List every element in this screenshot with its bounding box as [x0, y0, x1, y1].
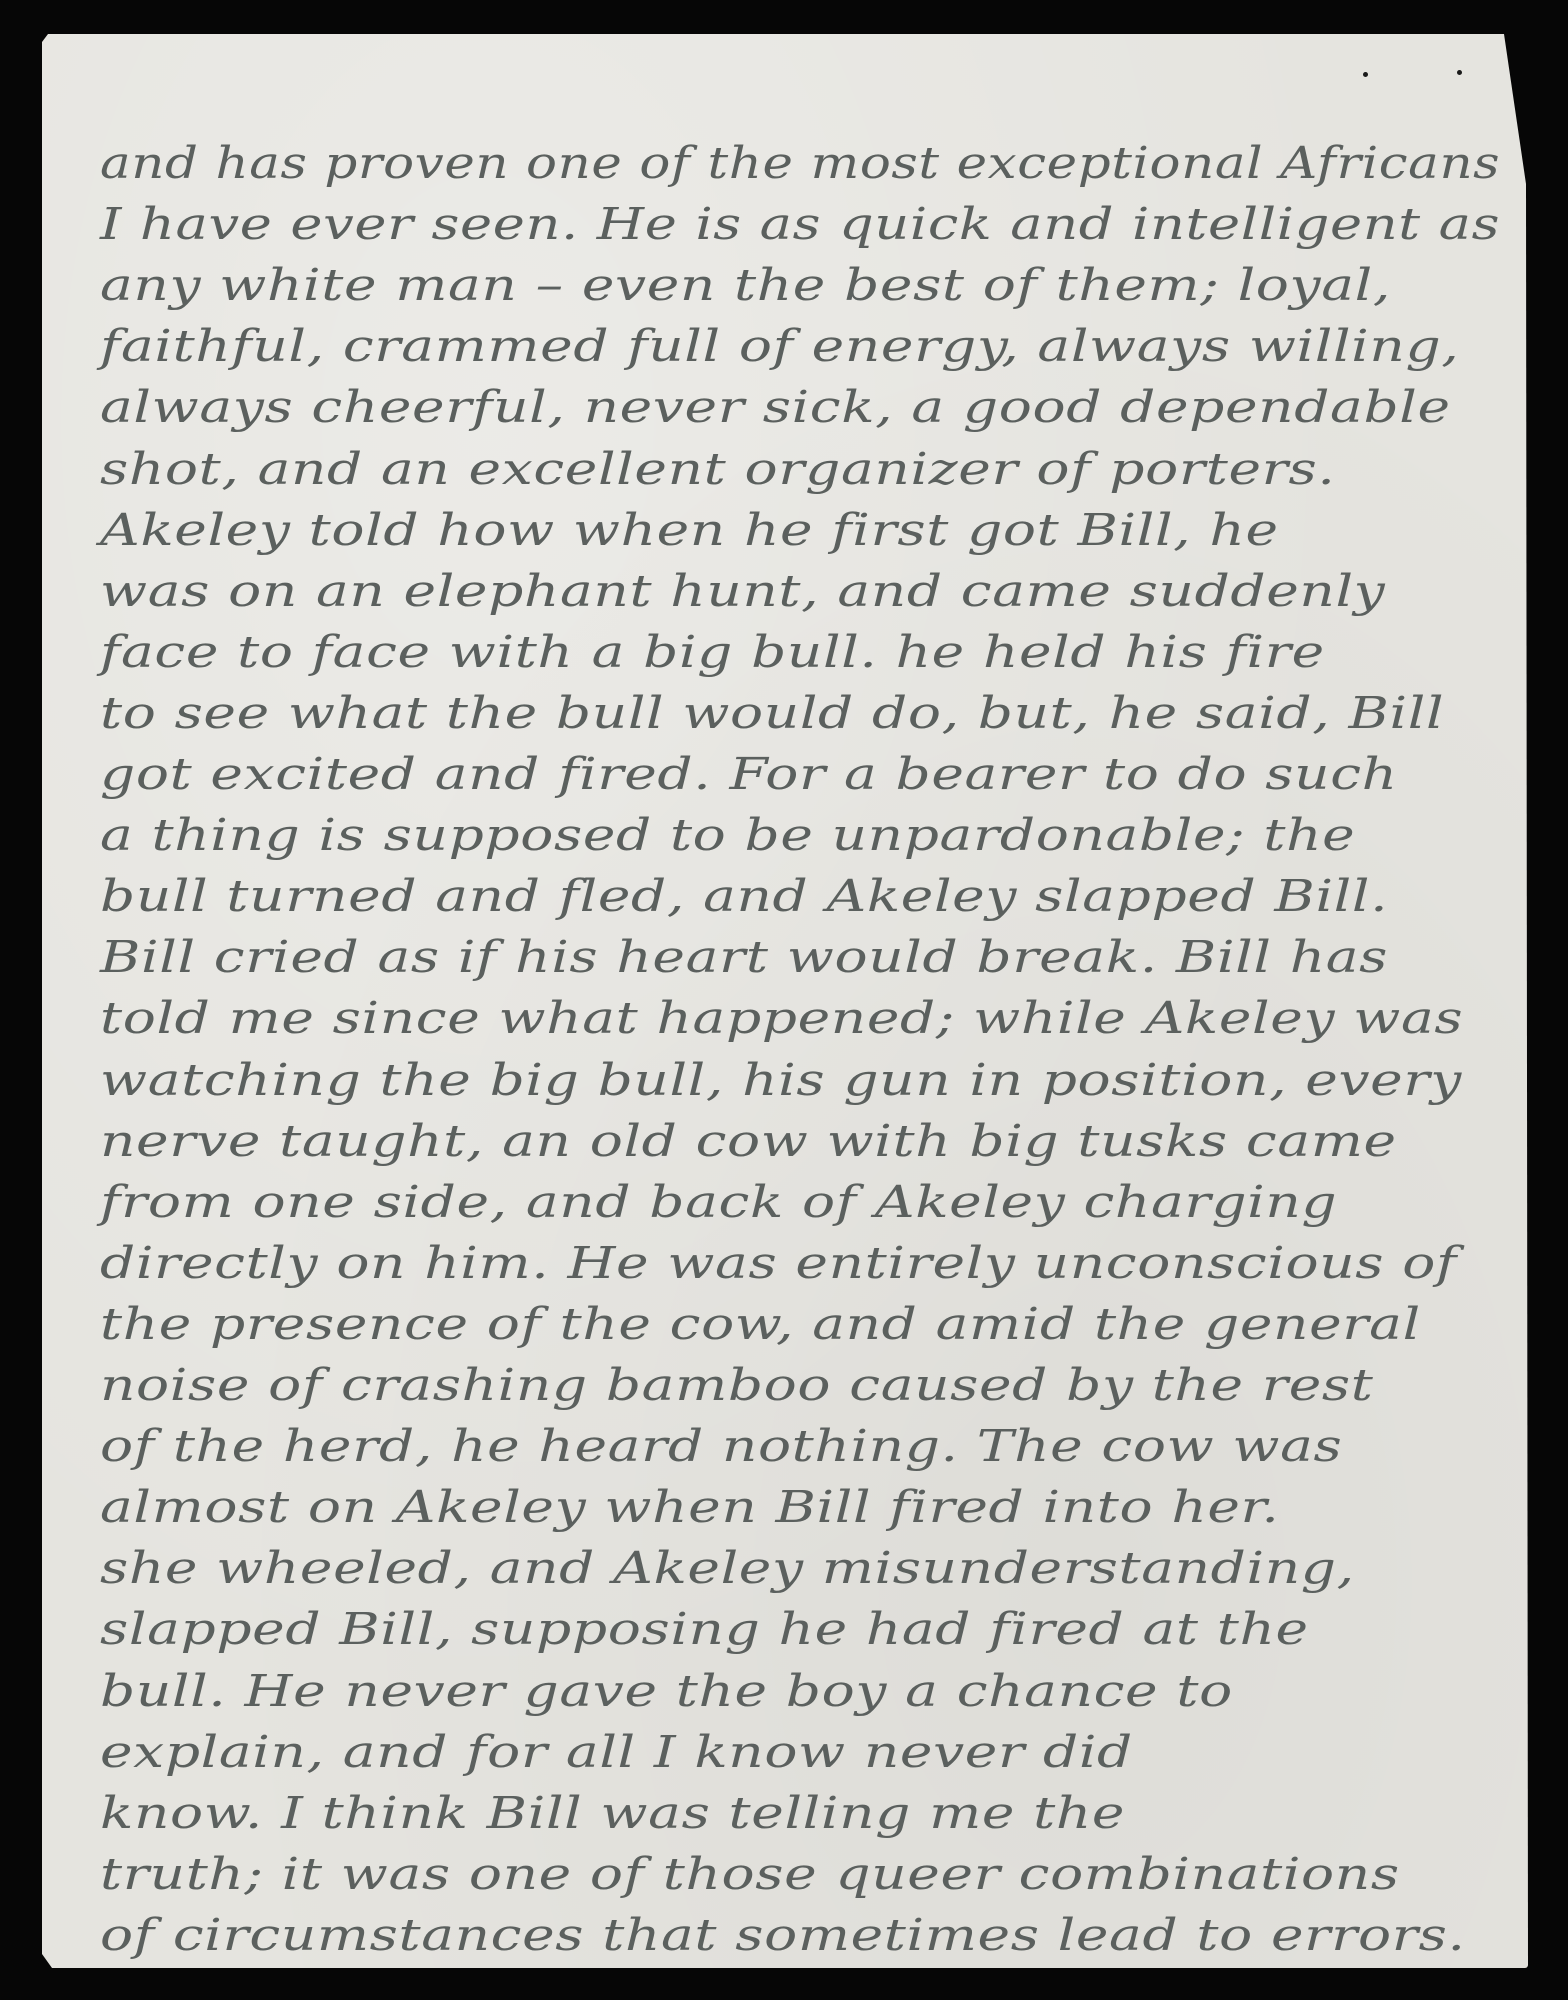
text-line: noise of crashing bamboo caused by the r… — [100, 1364, 1373, 1408]
text-line: got excited and fired. For a bearer to d… — [100, 753, 1398, 797]
handwritten-text: and has proven one of the most exception… — [42, 34, 1528, 1968]
text-line: know. I think Bill was telling me the — [100, 1792, 1125, 1836]
text-line: always cheerful, never sick, a good depe… — [100, 386, 1451, 430]
text-line: truth; it was one of those queer combina… — [100, 1853, 1400, 1897]
text-line: from one side, and back of Akeley chargi… — [100, 1181, 1337, 1225]
text-line: of circumstances that sometimes lead to … — [100, 1914, 1466, 1958]
text-line: watching the big bull, his gun in positi… — [100, 1059, 1462, 1103]
text-line: a thing is supposed to be unpardonable; … — [100, 814, 1355, 858]
text-line: any white man – even the best of them; l… — [100, 264, 1391, 308]
letter-page: and has proven one of the most exception… — [42, 34, 1528, 1968]
text-line: of the herd, he heard nothing. The cow w… — [100, 1425, 1342, 1469]
text-line: nerve taught, an old cow with big tusks … — [100, 1120, 1397, 1164]
text-line: directly on him. He was entirely unconsc… — [100, 1242, 1457, 1286]
text-line: faithful, crammed full of energy, always… — [100, 325, 1459, 369]
text-line: Bill cried as if his heart would break. … — [100, 936, 1388, 980]
text-line: I have ever seen. He is as quick and int… — [100, 203, 1500, 247]
text-line: to see what the bull would do, but, he s… — [100, 692, 1444, 736]
text-line: almost on Akeley when Bill fired into he… — [100, 1486, 1280, 1530]
text-line: and has proven one of the most exception… — [100, 142, 1500, 186]
text-line: she wheeled, and Akeley misunderstanding… — [100, 1547, 1355, 1591]
text-line: bull. He never gave the boy a chance to — [100, 1670, 1233, 1714]
text-line: face to face with a big bull. he held hi… — [100, 631, 1325, 675]
text-line: told me since what happened; while Akele… — [100, 997, 1463, 1041]
text-line: Akeley told how when he first got Bill, … — [100, 509, 1279, 553]
text-line: explain, and for all I know never did — [100, 1731, 1133, 1775]
text-line: bull turned and fled, and Akeley slapped… — [100, 875, 1388, 919]
scanned-document: and has proven one of the most exception… — [0, 0, 1568, 2000]
text-line: slapped Bill, supposing he had fired at … — [100, 1608, 1309, 1652]
text-line: shot, and an excellent organizer of port… — [100, 448, 1336, 492]
text-line: was on an elephant hunt, and came sudden… — [100, 570, 1385, 614]
text-line: the presence of the cow, and amid the ge… — [100, 1303, 1421, 1347]
